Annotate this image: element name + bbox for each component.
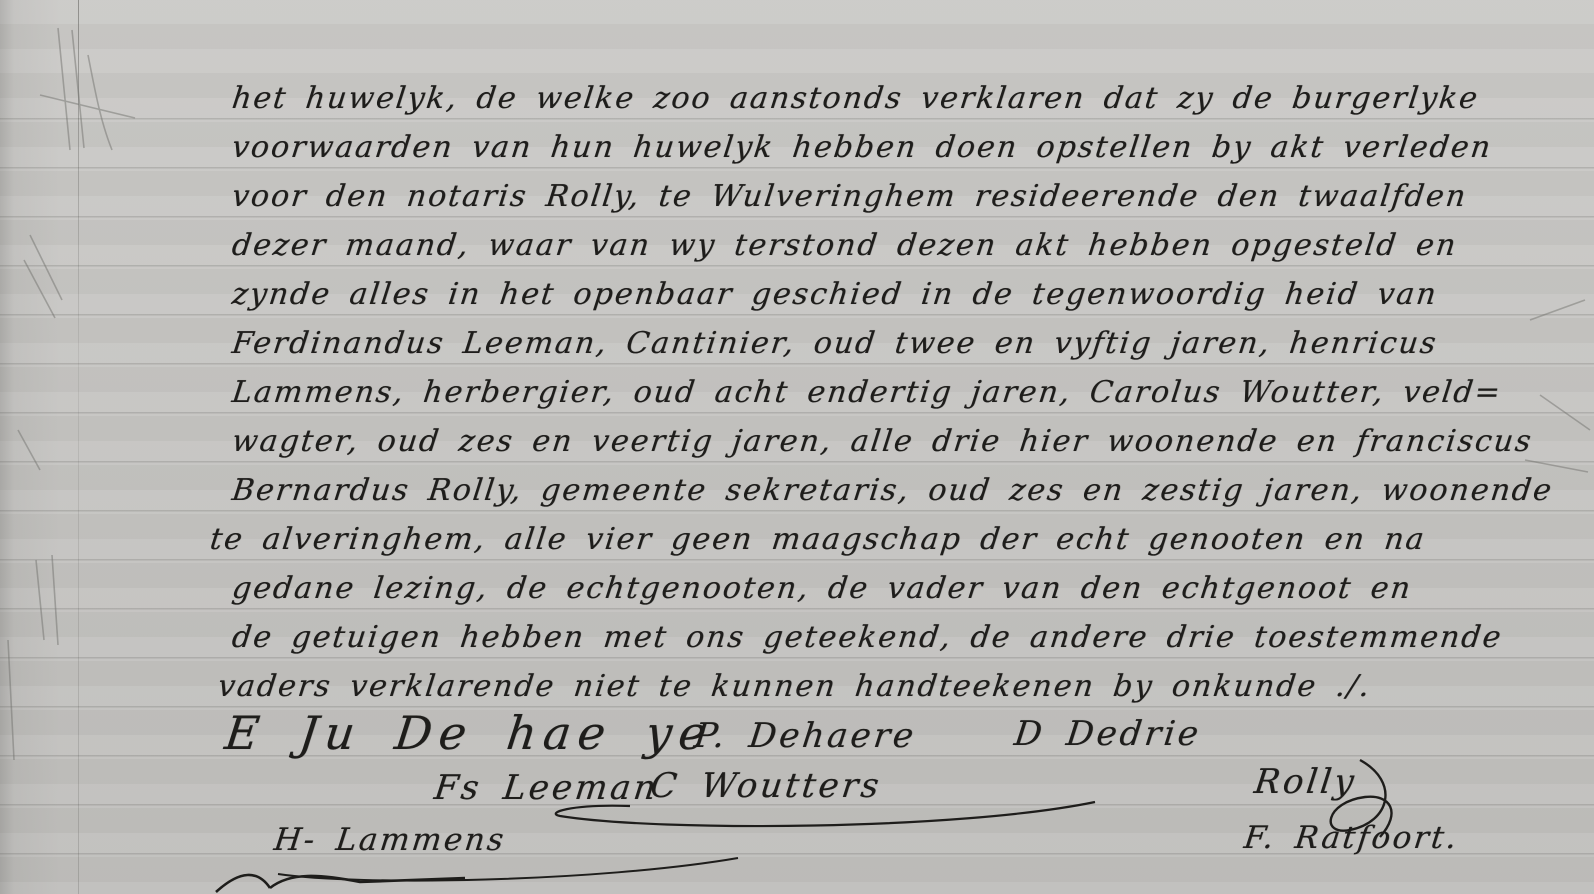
- signature-h-lammens: H- Lammens: [272, 822, 508, 858]
- signature-flourish-lammens: [268, 852, 748, 892]
- cut-off-signature-stroke: [210, 868, 470, 894]
- signature-d-dedrie: D Dedrie: [1012, 714, 1203, 754]
- manuscript-line: Bernardus Rolly, gemeente sekretaris, ou…: [230, 474, 1555, 508]
- manuscript-line: wagter, oud zes en veertig jaren, alle d…: [230, 425, 1535, 459]
- manuscript-line: voor den notaris Rolly, te Wulveringhem …: [230, 180, 1469, 214]
- signature-c-woutters: C Woutters: [648, 766, 884, 806]
- manuscript-line: voorwaarden van hun huwelyk hebben doen …: [230, 131, 1494, 165]
- signature-f-ratfoort: F. Ratfoort.: [1242, 820, 1461, 856]
- manuscript-line: Lammens, herbergier, oud acht endertig j…: [230, 376, 1504, 410]
- manuscript-line: te alveringhem, alle vier geen maagschap…: [208, 523, 1428, 557]
- scanned-document-page: het huwelyk, de welke zoo aanstonds verk…: [0, 0, 1594, 894]
- signature-bride: E Ju De hae ye: [222, 706, 716, 760]
- manuscript-line: gedane lezing, de echtgenooten, de vader…: [230, 572, 1414, 606]
- margin-rule-line: [78, 0, 79, 894]
- manuscript-line: dezer maand, waar van wy terstond dezen …: [230, 229, 1459, 263]
- signature-p-dehaere: P. Dehaere: [692, 716, 919, 756]
- signature-f-leeman: Fs Leeman: [432, 768, 661, 808]
- manuscript-line: zynde alles in het openbaar geschied in …: [230, 278, 1440, 312]
- manuscript-line: de getuigen hebben met ons geteekend, de…: [230, 621, 1504, 655]
- manuscript-line: het huwelyk, de welke zoo aanstonds verk…: [230, 82, 1481, 116]
- manuscript-line: vaders verklarende niet te kunnen handte…: [216, 670, 1373, 704]
- manuscript-line: Ferdinandus Leeman, Cantinier, oud twee …: [230, 327, 1439, 361]
- signature-rolly: Rolly: [1252, 762, 1359, 802]
